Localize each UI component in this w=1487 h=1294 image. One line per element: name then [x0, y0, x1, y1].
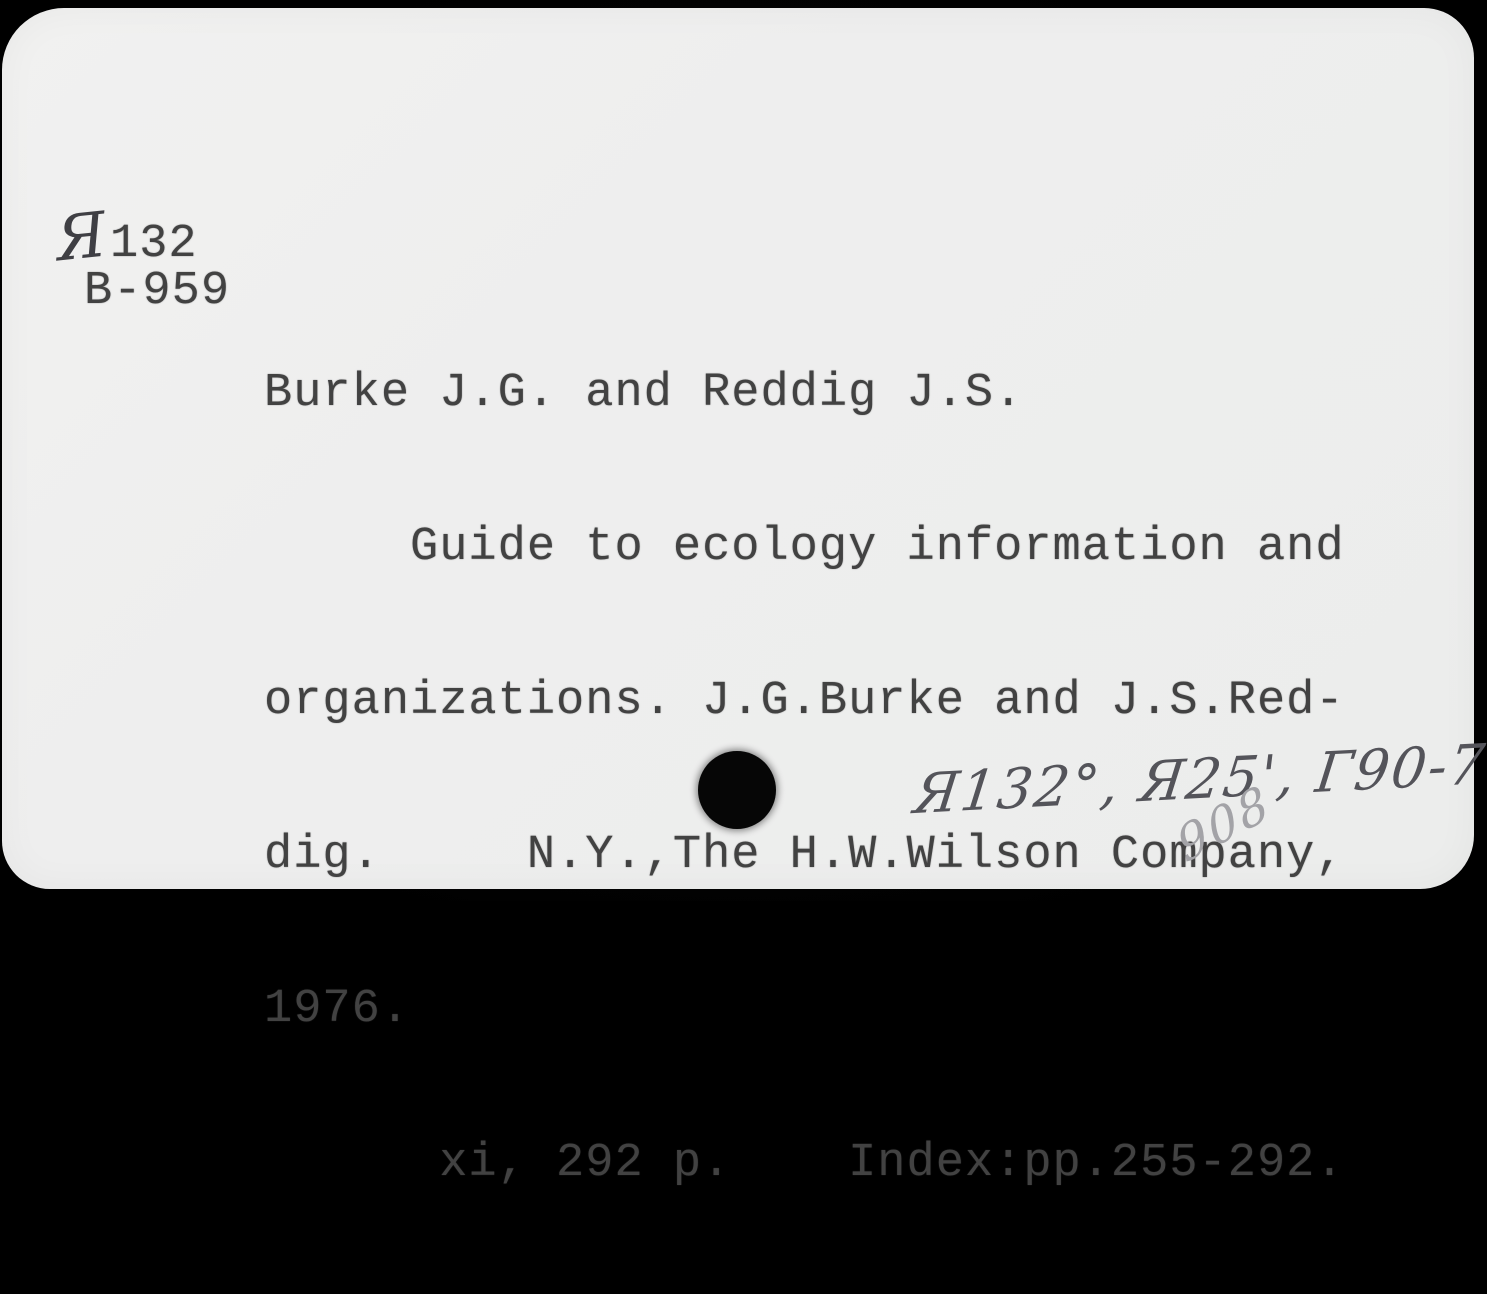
entry-line-author: Burke J.G. and Reddig J.S. — [264, 370, 1345, 418]
entry-line-title-continued: organizations. J.G.Burke and J.S.Red- — [264, 678, 1345, 726]
entry-line-title: Guide to ecology information and — [264, 524, 1345, 572]
call-number-handwritten-prefix: Я — [52, 198, 109, 276]
hole-punch-dot — [698, 751, 776, 829]
catalog-card: Я 132 B-959 Burke J.G. and Reddig J.S. G… — [2, 8, 1474, 889]
call-number-cutter: B-959 — [84, 265, 230, 318]
call-number-class: 132 — [110, 218, 198, 271]
